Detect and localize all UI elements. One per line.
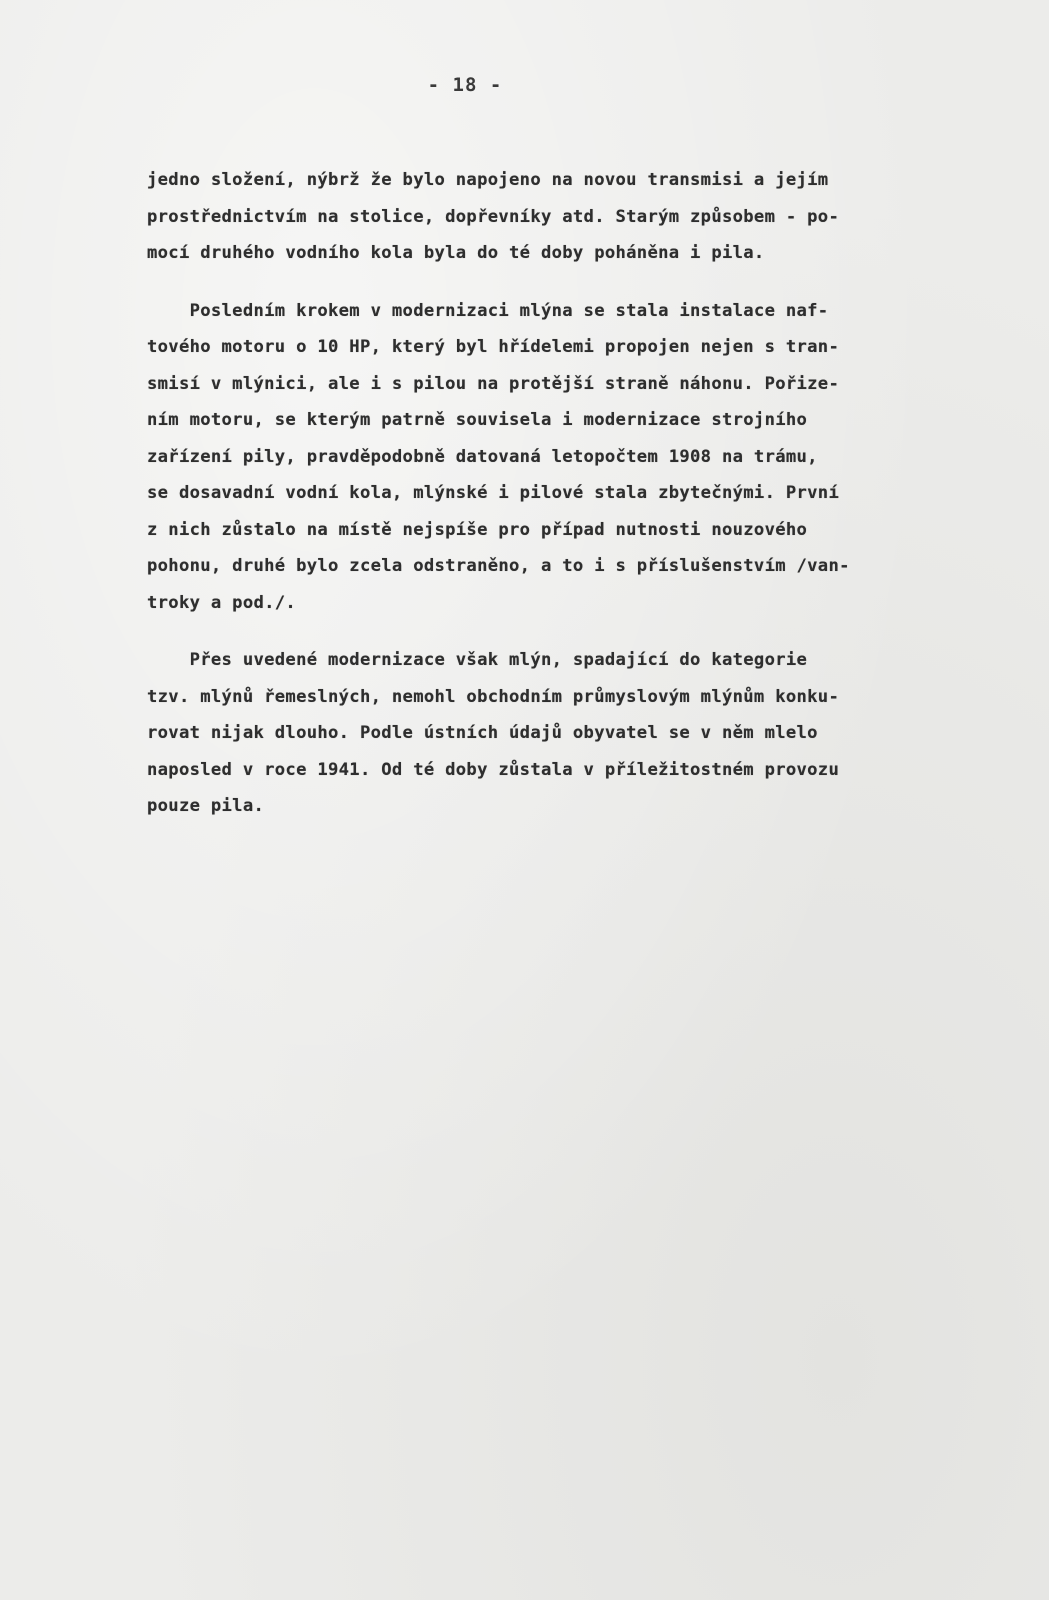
text-line: ním motoru, se kterým patrně souvisela i… (147, 402, 1027, 439)
text-line: jedno složení, nýbrž že bylo napojeno na… (147, 162, 1027, 199)
text-line: troky a pod./. (147, 585, 1027, 622)
text-line: z nich zůstalo na místě nejspíše pro pří… (147, 512, 1027, 549)
text-line: pohonu, druhé bylo zcela odstraněno, a t… (147, 548, 1027, 585)
document-page: - 18 - jedno složení, nýbrž že bylo napo… (0, 0, 1049, 1600)
text-line: tzv. mlýnů řemeslných, nemohl obchodním … (147, 679, 1027, 716)
paragraph-1: jedno složení, nýbrž že bylo napojeno na… (147, 162, 1027, 272)
text-line: tového motoru o 10 HP, který byl hřídele… (147, 329, 1027, 366)
text-line: mocí druhého vodního kola byla do té dob… (147, 235, 1027, 272)
body-text: jedno složení, nýbrž že bylo napojeno na… (147, 162, 1027, 825)
text-line: se dosavadní vodní kola, mlýnské i pilov… (147, 475, 1027, 512)
paragraph-3: Přes uvedené modernizace však mlýn, spad… (147, 642, 1027, 825)
text-line: prostřednictvím na stolice, dopřevníky a… (147, 199, 1027, 236)
text-line: rovat nijak dlouho. Podle ústních údajů … (147, 715, 1027, 752)
text-line: pouze pila. (147, 788, 1027, 825)
text-line: Posledním krokem v modernizaci mlýna se … (147, 293, 1027, 330)
page-number: - 18 - (0, 74, 930, 96)
text-line: naposled v roce 1941. Od té doby zůstala… (147, 752, 1027, 789)
text-line: smisí v mlýnici, ale i s pilou na protěj… (147, 366, 1027, 403)
text-line: Přes uvedené modernizace však mlýn, spad… (147, 642, 1027, 679)
text-line: zařízení pily, pravděpodobně datovaná le… (147, 439, 1027, 476)
paragraph-2: Posledním krokem v modernizaci mlýna se … (147, 293, 1027, 622)
